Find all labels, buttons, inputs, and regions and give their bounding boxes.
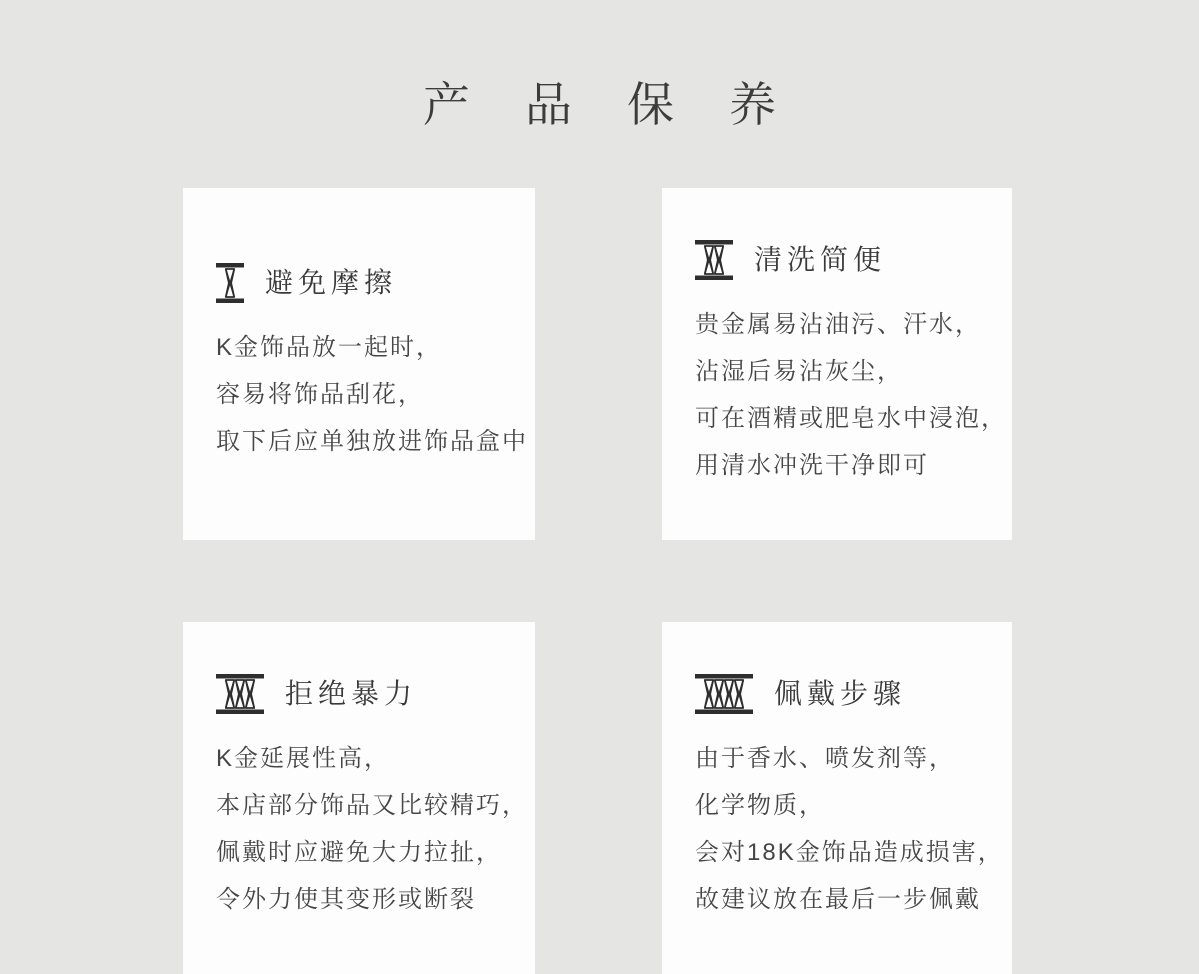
card-text-line: 用清水冲洗干净即可 xyxy=(695,442,988,489)
card-header: 拒绝暴力 xyxy=(216,674,511,714)
card-text-line: 贵金属易沾油污、汗水， xyxy=(695,301,988,348)
care-card-no-force: 拒绝暴力 K金延展性高， 本店部分饰品又比较精巧， 佩戴时应避免大力拉扯， 令外… xyxy=(183,622,535,974)
roman-numeral-3-icon xyxy=(216,674,264,714)
card-text-line: 沾湿后易沾灰尘， xyxy=(695,348,988,395)
card-header: 避免摩擦 xyxy=(216,263,511,303)
card-text-line: K金延展性高， xyxy=(216,735,511,782)
card-title: 佩戴步骤 xyxy=(774,674,906,714)
roman-numeral-1-icon xyxy=(216,263,244,303)
card-text-line: 取下后应单独放进饰品盒中 xyxy=(216,418,511,465)
page-title: 产 品 保 养 xyxy=(0,79,1199,131)
care-card-wearing-steps: 佩戴步骤 由于香水、喷发剂等， 化学物质， 会对18K金饰品造成损害， 故建议放… xyxy=(662,622,1012,974)
card-text-line: 故建议放在最后一步佩戴 xyxy=(695,876,988,923)
card-text-line: 可在酒精或肥皂水中浸泡， xyxy=(695,395,988,442)
care-card-avoid-friction: 避免摩擦 K金饰品放一起时， 容易将饰品刮花， 取下后应单独放进饰品盒中 xyxy=(183,188,535,540)
card-title: 拒绝暴力 xyxy=(285,674,417,714)
card-text-line: K金饰品放一起时， xyxy=(216,324,511,371)
card-text-line: 会对18K金饰品造成损害， xyxy=(695,829,988,876)
roman-numeral-2-icon xyxy=(695,240,733,280)
card-title: 避免摩擦 xyxy=(265,263,397,303)
card-text-line: 令外力使其变形或断裂 xyxy=(216,876,511,923)
card-header: 佩戴步骤 xyxy=(695,674,988,714)
card-text-line: 本店部分饰品又比较精巧， xyxy=(216,782,511,829)
card-text-line: 佩戴时应避免大力拉扯， xyxy=(216,829,511,876)
roman-numeral-4-icon xyxy=(695,674,753,714)
care-card-easy-cleaning: 清洗简便 贵金属易沾油污、汗水， 沾湿后易沾灰尘， 可在酒精或肥皂水中浸泡， 用… xyxy=(662,188,1012,540)
card-header: 清洗简便 xyxy=(695,240,988,280)
card-text-line: 由于香水、喷发剂等， xyxy=(695,735,988,782)
card-text-line: 化学物质， xyxy=(695,782,988,829)
card-title: 清洗简便 xyxy=(754,240,886,280)
card-text-line: 容易将饰品刮花， xyxy=(216,371,511,418)
